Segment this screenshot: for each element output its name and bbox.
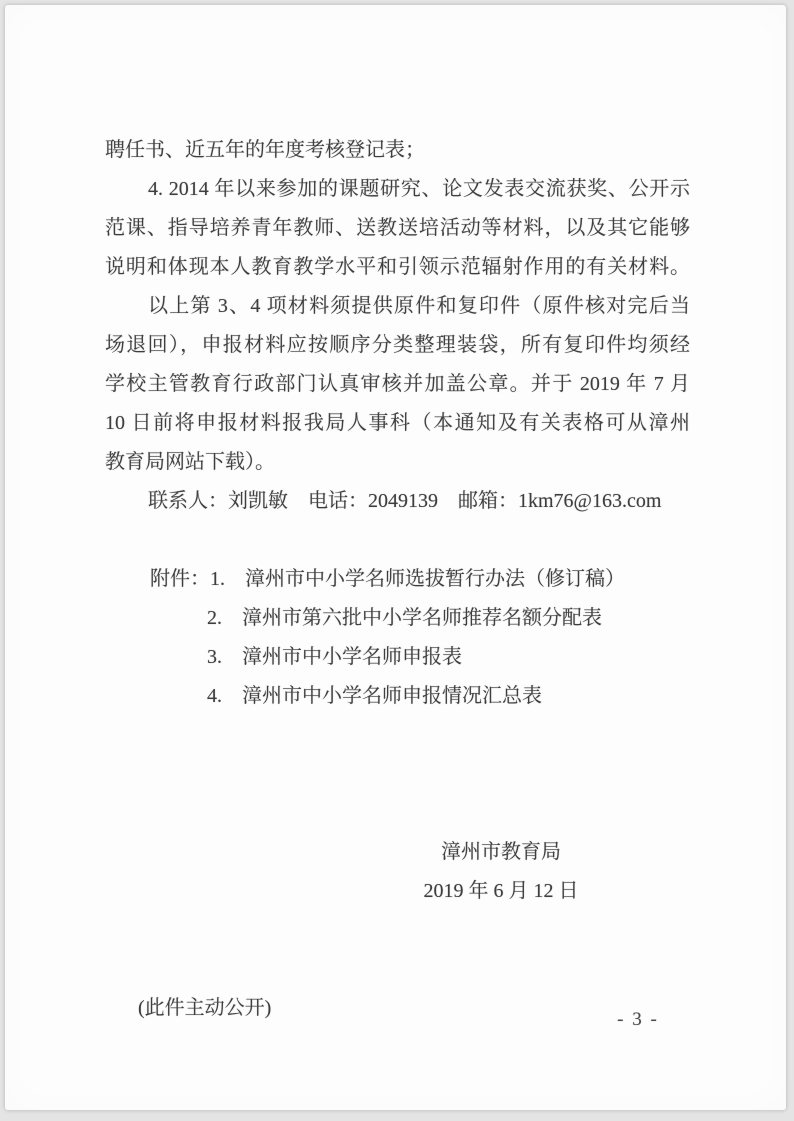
signature-organization: 漳州市教育局 [105, 833, 690, 872]
body-line: 范课、指导培养青年教师、送教送培活动等材料，以及其它能够 [105, 209, 690, 248]
attachment-item: 4. 漳州市中小学名师申报情况汇总表 [105, 677, 690, 716]
body-line: 学校主管教育行政部门认真审核并加盖公章。并于 2019 年 7 月 [105, 365, 690, 404]
body-line: 4. 2014 年以来参加的课题研究、论文发表交流获奖、公开示 [105, 170, 690, 209]
attachment-item: 2. 漳州市第六批中小学名师推荐名额分配表 [105, 599, 690, 638]
scanned-document-page: 聘任书、近五年的年度考核登记表； 4. 2014 年以来参加的课题研究、论文发表… [0, 0, 794, 1121]
page-number: - 3 - [590, 1000, 686, 1039]
body-line: 10 日前将申报材料报我局人事科（本通知及有关表格可从漳州 [105, 404, 690, 443]
body-line: 场退回），申报材料应按顺序分类整理装袋，所有复印件均须经 [105, 326, 690, 365]
document-body: 聘任书、近五年的年度考核登记表； 4. 2014 年以来参加的课题研究、论文发表… [105, 131, 690, 1028]
body-line: 教育局网站下载）。 [105, 443, 690, 482]
body-line: 说明和体现本人教育教学水平和引领示范辐射作用的有关材料。 [105, 248, 690, 287]
attachment-item: 3. 漳州市中小学名师申报表 [105, 638, 690, 677]
body-line: 以上第 3、4 项材料须提供原件和复印件（原件核对完后当 [105, 287, 690, 326]
attachment-list-header: 附件：1. 漳州市中小学名师选拔暂行办法（修订稿） [105, 560, 690, 599]
body-line: 聘任书、近五年的年度考核登记表； [105, 131, 690, 170]
signature-date: 2019 年 6 月 12 日 [105, 872, 690, 911]
contact-line: 联系人：刘凯敏 电话：2049139 邮箱：1km76@163.com [105, 482, 690, 521]
